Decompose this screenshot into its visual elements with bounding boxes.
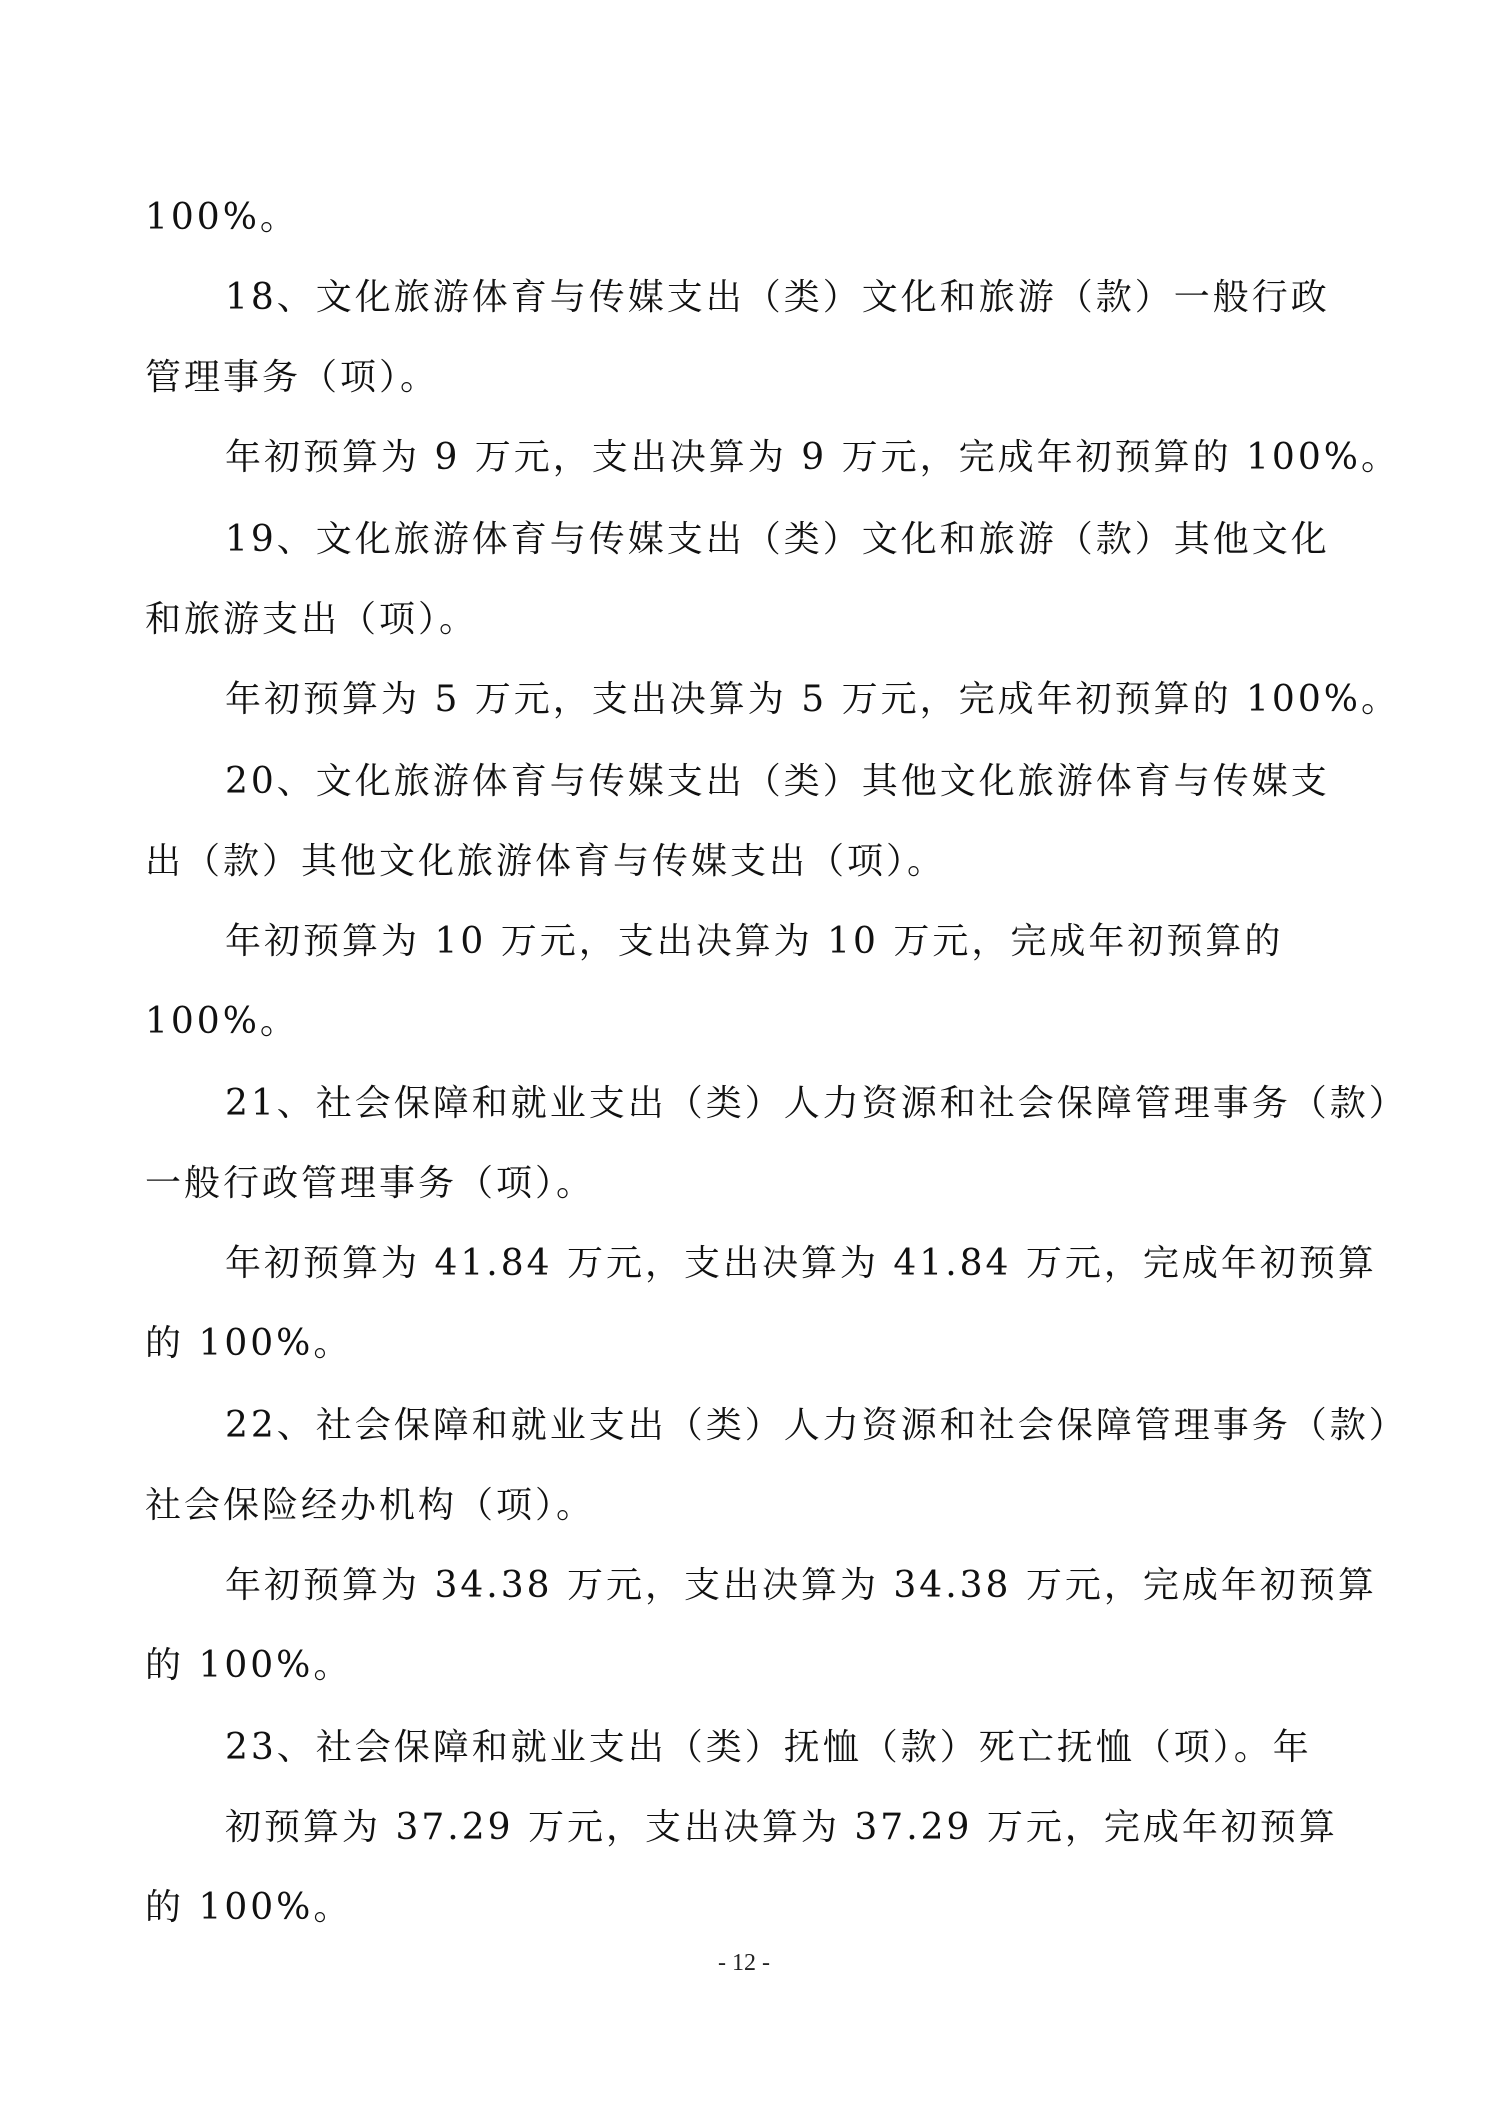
- item-22-budget-cont: 的 100%。: [145, 1644, 1345, 1688]
- item-18-heading: 18、文化旅游体育与传媒支出（类）文化和旅游（款）一般行政: [225, 276, 1425, 320]
- item-21-budget-cont: 的 100%。: [145, 1322, 1345, 1366]
- item-19-heading: 19、文化旅游体育与传媒支出（类）文化和旅游（款）其他文化: [225, 518, 1425, 562]
- item-19-budget: 年初预算为 5 万元，支出决算为 5 万元，完成年初预算的 100%。: [225, 678, 1425, 722]
- item-22-heading: 22、社会保障和就业支出（类）人力资源和社会保障管理事务（款）: [225, 1404, 1425, 1448]
- page-number: - 12 -: [0, 1950, 1488, 1977]
- item-22-heading-cont: 社会保险经办机构（项）。: [145, 1484, 1345, 1528]
- item-23-budget-cont: 的 100%。: [145, 1886, 1345, 1930]
- item-20-heading: 20、文化旅游体育与传媒支出（类）其他文化旅游体育与传媒支: [225, 760, 1425, 804]
- item-20-heading-cont: 出（款）其他文化旅游体育与传媒支出（项）。: [145, 840, 1345, 884]
- text-line: 100%。: [145, 196, 1345, 240]
- document-page: 100%。 18、文化旅游体育与传媒支出（类）文化和旅游（款）一般行政 管理事务…: [0, 0, 1488, 2105]
- item-21-heading: 21、社会保障和就业支出（类）人力资源和社会保障管理事务（款）: [225, 1082, 1425, 1126]
- item-22-budget: 年初预算为 34.38 万元，支出决算为 34.38 万元，完成年初预算: [225, 1564, 1425, 1608]
- item-21-heading-cont: 一般行政管理事务（项）。: [145, 1162, 1345, 1206]
- item-18-budget: 年初预算为 9 万元，支出决算为 9 万元，完成年初预算的 100%。: [225, 436, 1425, 480]
- item-18-heading-cont: 管理事务（项）。: [145, 356, 1345, 400]
- item-21-budget: 年初预算为 41.84 万元，支出决算为 41.84 万元，完成年初预算: [225, 1242, 1425, 1286]
- item-23-heading: 23、社会保障和就业支出（类）抚恤（款）死亡抚恤（项）。年: [225, 1726, 1425, 1770]
- item-20-budget: 年初预算为 10 万元，支出决算为 10 万元，完成年初预算的: [225, 920, 1425, 964]
- item-20-budget-cont: 100%。: [145, 1000, 1345, 1044]
- item-19-heading-cont: 和旅游支出（项）。: [145, 598, 1345, 642]
- item-23-budget: 初预算为 37.29 万元，支出决算为 37.29 万元，完成年初预算: [225, 1806, 1425, 1850]
